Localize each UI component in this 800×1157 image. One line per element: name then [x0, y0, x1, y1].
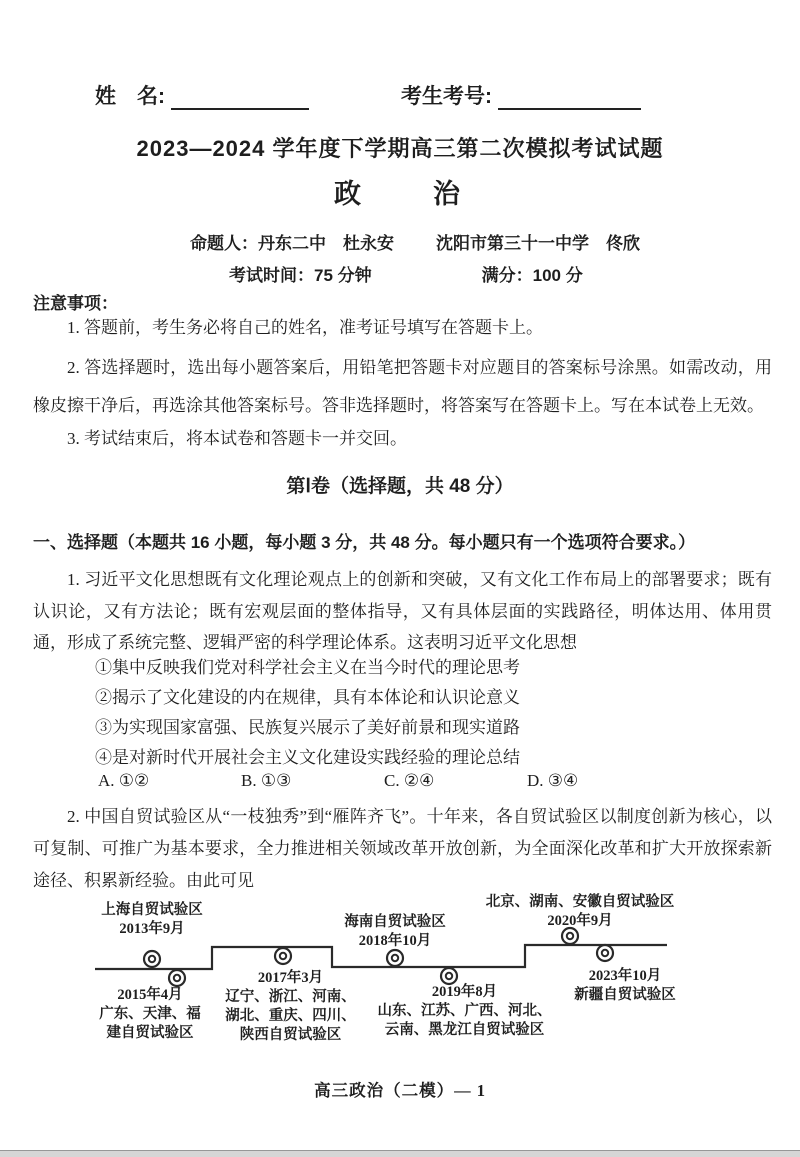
part1-title: 第Ⅰ卷（选择题，共 48 分） — [0, 471, 800, 498]
q1-statement-4: ④是对新时代开展社会主义文化建设实践经验的理论总结 — [95, 743, 520, 773]
subject-title: 政 治 — [0, 172, 800, 211]
notice-heading: 注意事项： — [33, 289, 118, 314]
exam-number-blank-line — [498, 88, 641, 110]
question-1-statements: ①集中反映我们党对科学社会主义在当今时代的理论思考 ②揭示了文化建设的内在规律，… — [95, 653, 520, 773]
q1-statement-2: ②揭示了文化建设的内在规律，具有本体论和认识论意义 — [95, 683, 520, 713]
q1-statement-1: ①集中反映我们党对科学社会主义在当今时代的理论思考 — [95, 653, 520, 683]
exam-duration: 考试时间：75 分钟 — [229, 261, 372, 286]
timeline-event-hainan: 海南自贸试验区 2018年10月 — [325, 913, 465, 951]
timeline-event-shanghai: 上海自贸试验区 2013年9月 — [82, 901, 222, 939]
setter-right: 沈阳市第三十一中学 佟欣 — [436, 229, 640, 254]
q1-option-d: D. ③④ — [527, 771, 670, 791]
name-label: 姓 名: — [95, 80, 165, 110]
timeline-event-guangdong: 2015年4月 广东、天津、福 建自贸试验区 — [80, 986, 220, 1043]
scan-edge-strip — [0, 1150, 800, 1157]
setter-left: 命题人：丹东二中 杜永安 — [190, 229, 394, 254]
page-footer: 高三政治（二模）— 1 — [0, 1077, 800, 1101]
q1-option-c: C. ②④ — [384, 771, 527, 791]
timeline-event-xinjiang: 2023年10月 新疆自贸试验区 — [535, 967, 715, 1005]
name-blank-line — [171, 88, 309, 110]
timeline-event-liaoning: 2017年3月 辽宁、浙江、河南、 湖北、重庆、四川、 陕西自贸试验区 — [208, 969, 373, 1045]
exam-total-score: 满分：100 分 — [482, 261, 583, 286]
q1-option-a: A. ①② — [98, 771, 241, 791]
section1-instruction: 一、选择题（本题共 16 小题，每小题 3 分，共 48 分。每小题只有一个选项… — [33, 528, 772, 553]
question-2-stem: 2. 中国自贸试验区从“一枝独秀”到“雁阵齐飞”。十年来，各自贸试验区以制度创新… — [33, 801, 772, 897]
exam-paper-page: 姓 名: 考生考号: 2023—2024 学年度下学期高三第二次模拟考试试题 政… — [0, 0, 800, 1157]
notice-item-1: 1. 答题前，考生务必将自己的姓名，准考证号填写在答题卡上。 — [33, 313, 767, 338]
question-1-stem: 1. 习近平文化思想既有文化理论观点上的创新和突破，又有文化工作布局上的部署要求… — [33, 564, 772, 659]
exam-number-label: 考生考号: — [401, 80, 492, 110]
q1-statement-3: ③为实现国家富强、民族复兴展示了美好前景和现实道路 — [95, 713, 520, 743]
notice-item-3: 3. 考试结束后，将本试卷和答题卡一并交回。 — [33, 424, 767, 449]
exam-meta-row: 考试时间：75 分钟 满分：100 分 — [229, 261, 583, 286]
free-trade-zone-timeline: 上海自贸试验区 2013年9月 2015年4月 广东、天津、福 建自贸试验区 2… — [80, 893, 752, 1053]
timeline-event-beijing: 北京、湖南、安徽自贸试验区 2020年9月 — [465, 893, 695, 931]
q1-option-b: B. ①③ — [241, 771, 384, 791]
question-1-options: A. ①② B. ①③ C. ②④ D. ③④ — [98, 771, 670, 791]
setter-row: 命题人：丹东二中 杜永安 沈阳市第三十一中学 佟欣 — [190, 229, 640, 254]
candidate-info-row: 姓 名: 考生考号: — [95, 80, 641, 110]
exam-title: 2023—2024 学年度下学期高三第二次模拟考试试题 — [0, 132, 800, 163]
notice-item-2: 2. 答选择题时，选出每小题答案后，用铅笔把答题卡对应题目的答案标号涂黑。如需改… — [33, 349, 772, 425]
